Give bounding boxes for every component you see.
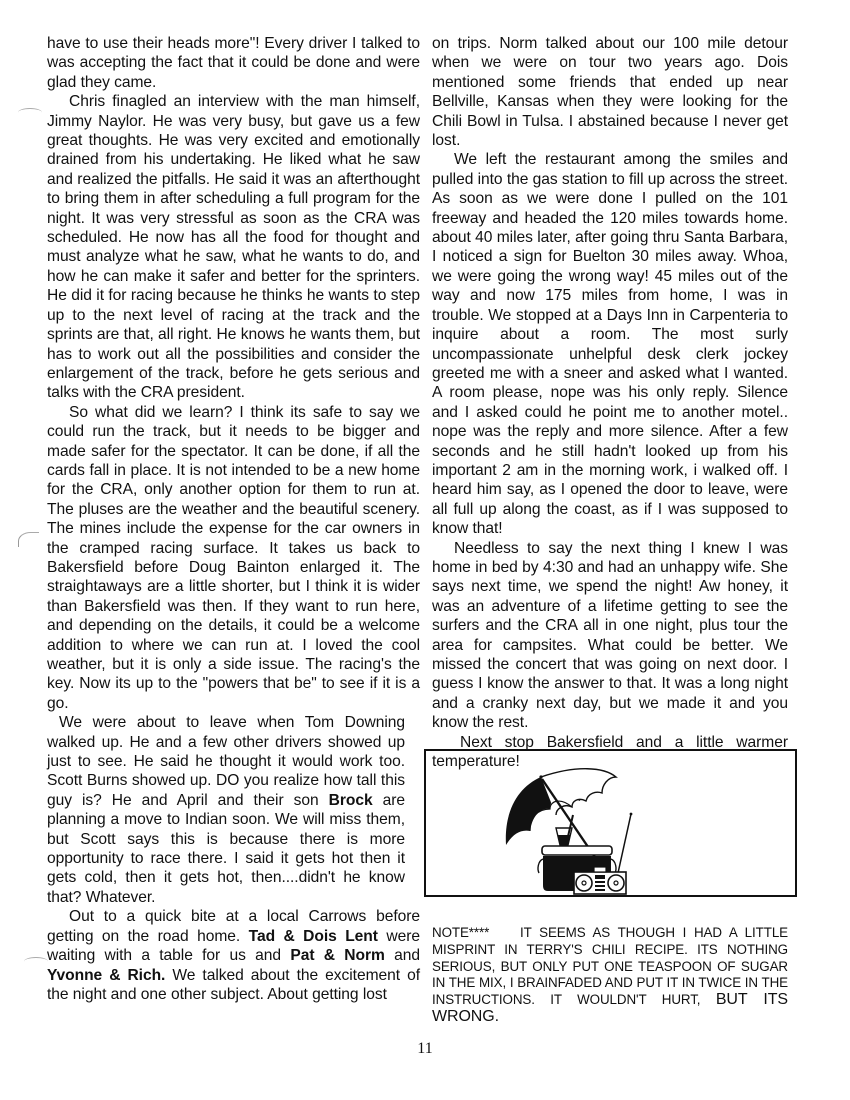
scan-mark: [24, 957, 48, 966]
text-run: Needless to say the next thing I knew I …: [432, 540, 788, 732]
page-number: 11: [0, 1040, 850, 1058]
paragraph: So what did we learn? I think its safe t…: [47, 403, 420, 714]
paragraph: We left the restaurant among the smiles …: [432, 150, 788, 538]
text-run: So what did we learn? I think its safe t…: [47, 404, 420, 712]
errata-note: NOTE**** IT SEEMS AS THOUGH I HAD A LITT…: [432, 925, 788, 1026]
paragraph: on trips. Norm talked about our 100 mile…: [432, 34, 788, 150]
illustration-box: [424, 749, 797, 897]
left-column: have to use their heads more"! Every dri…: [47, 34, 420, 1004]
paragraph: Chris finagled an interview with the man…: [47, 92, 420, 403]
right-column: on trips. Norm talked about our 100 mile…: [432, 34, 788, 771]
paragraph: We were about to leave when Tom Downing …: [47, 713, 405, 907]
beach-scene-illustration: [426, 751, 795, 895]
bold-name: Brock: [329, 792, 373, 809]
text-run: and: [385, 947, 420, 964]
bold-name: Yvonne & Rich.: [47, 967, 165, 984]
text-run: on trips. Norm talked about our 100 mile…: [432, 35, 788, 149]
text-run: have to use their heads more"! Every dri…: [47, 35, 420, 91]
bold-name: Pat & Norm: [290, 947, 384, 964]
paragraph: Out to a quick bite at a local Carrows b…: [47, 907, 420, 1004]
scan-mark: [18, 532, 39, 547]
text-run: Chris finagled an interview with the man…: [47, 93, 420, 401]
note-label: NOTE****: [432, 925, 489, 940]
paragraph: have to use their heads more"! Every dri…: [47, 34, 420, 92]
bold-name: Tad & Dois Lent: [249, 928, 378, 945]
text-run: We left the restaurant among the smiles …: [432, 151, 788, 537]
scan-mark: [18, 108, 42, 117]
paragraph: Needless to say the next thing I knew I …: [432, 539, 788, 733]
